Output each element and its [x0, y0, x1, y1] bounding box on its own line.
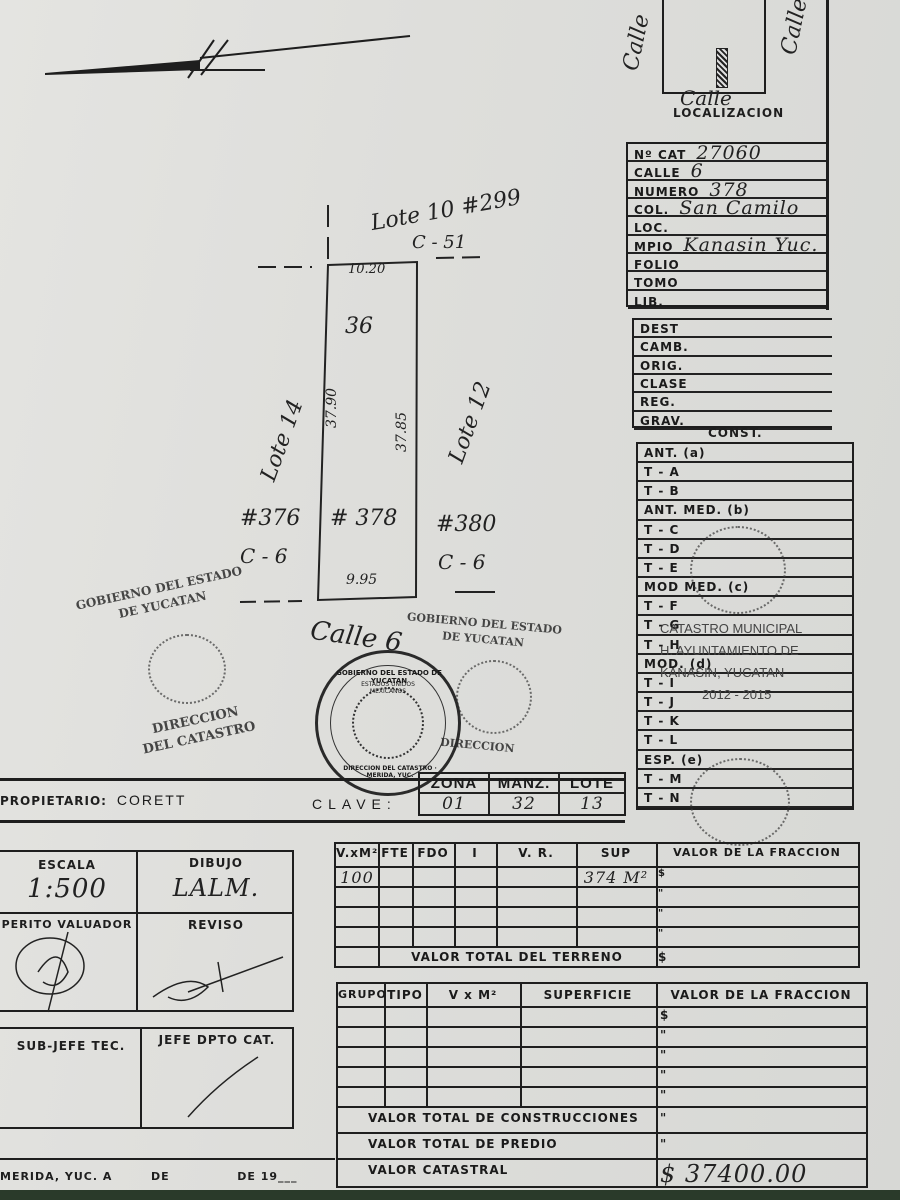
drawn-by-label: DIBUJO — [138, 856, 294, 870]
owner-field: PROPIETARIO: CORETT — [0, 792, 186, 808]
dept-chief-signature-icon — [178, 1053, 268, 1123]
construction-table-cell[interactable]: " — [660, 1028, 676, 1042]
construction-total-label: VALOR CATASTRAL — [368, 1163, 656, 1177]
catalog-row: FOLIO — [628, 254, 826, 272]
catalog-value[interactable]: San Camilo — [679, 197, 799, 219]
catalog-row: CALLE6 — [628, 162, 826, 180]
land-total-label: VALOR TOTAL DEL TERRENO — [378, 950, 656, 964]
construction-label: T - C — [644, 523, 679, 537]
catalog-label: LIB. — [634, 295, 664, 309]
catalog-label: LOC. — [634, 221, 669, 235]
owner-value: CORETT — [117, 792, 187, 808]
catalog-row: LOC. — [628, 217, 826, 235]
catalog-row: MPIOKanasin Yuc. — [628, 236, 826, 254]
drawn-by-value: LALM. — [138, 874, 294, 902]
catalog-row: TOMO — [628, 272, 826, 290]
owner-bottom-rule — [0, 820, 625, 823]
municipal-stamp-line2: H. AYUNTAMIENTO DE — [660, 640, 802, 662]
land-table-cell[interactable]: 374 M² — [576, 868, 656, 887]
construction-label: T - M — [644, 772, 682, 786]
land-table-cell[interactable]: " — [658, 888, 674, 899]
top-right-seal-icon — [690, 526, 786, 614]
west-number: #376 — [240, 506, 300, 531]
construction-row[interactable]: T - K — [638, 712, 852, 731]
bottom-right-seal-icon — [690, 758, 790, 846]
land-table-cell[interactable]: $ — [658, 868, 674, 879]
catalog-label: FOLIO — [634, 258, 680, 272]
front-width: 10.20 — [348, 262, 385, 277]
catalog-label: COL. — [634, 203, 669, 217]
land-value-table: V.xM²FTEFDOIV. R.SUPVALOR DE LA FRACCION… — [334, 842, 860, 968]
left-seal-icon — [148, 634, 226, 704]
classification-box: DESTCAMB.ORIG.CLASEREG.GRAV. — [632, 318, 832, 428]
construction-label: ANT. (a) — [644, 446, 706, 460]
east-street-label: C - 6 — [438, 550, 486, 574]
construction-total-value[interactable]: $ 37400.00 — [660, 1160, 860, 1188]
round-seal-inner-text: ESTADOS UNIDOS MEXICANOS — [348, 681, 428, 695]
catalog-label: TOMO — [634, 276, 679, 290]
classification-row[interactable]: DEST — [634, 320, 832, 338]
construction-value-table: GRUPOTIPOV x M²SUPERFICIEVALOR DE LA FRA… — [336, 982, 868, 1188]
construction-label: ANT. MED. (b) — [644, 503, 750, 517]
center-seal-icon — [456, 660, 532, 734]
construction-label: T - K — [644, 714, 680, 728]
construction-label: T - A — [644, 465, 680, 479]
sub-chief-label: SUB-JEFE TEC. — [4, 1039, 138, 1053]
construction-table-cell[interactable]: " — [660, 1088, 676, 1102]
key-header: LOTE — [560, 774, 624, 794]
east-number: #380 — [436, 512, 496, 537]
right-border — [826, 0, 829, 310]
land-table-cell[interactable]: " — [658, 928, 674, 939]
catalog-value[interactable]: 6 — [691, 160, 704, 182]
construction-row[interactable]: T - L — [638, 731, 852, 750]
catalog-row: COL.San Camilo — [628, 199, 826, 217]
construction-total-label: VALOR TOTAL DE PREDIO — [368, 1137, 656, 1151]
classification-label: CAMB. — [640, 340, 689, 354]
appraiser-signature-icon — [8, 922, 128, 1014]
construction-table-cell[interactable]: " — [660, 1048, 676, 1062]
reviewed-label: REVISO — [138, 918, 294, 932]
scale-value: 1:500 — [0, 874, 136, 904]
key-label: CLAVE: — [312, 796, 397, 812]
land-total-value[interactable]: $ — [658, 950, 674, 964]
construction-label: T - F — [644, 599, 679, 613]
back-width: 9.95 — [346, 572, 377, 588]
background-edge — [0, 1190, 900, 1200]
classification-row[interactable]: REG. — [634, 393, 832, 411]
eagle-emblem-icon — [352, 687, 424, 759]
construction-row[interactable]: T - A — [638, 463, 852, 482]
owner-label: PROPIETARIO: — [0, 794, 107, 808]
construction-total-value[interactable]: " — [660, 1137, 860, 1151]
cadastral-document: Calle Calle Calle LOCALIZACION Nº CAT270… — [0, 0, 900, 1200]
construction-table-header: VALOR DE LA FRACCION — [656, 988, 866, 1002]
construction-row[interactable]: ANT. MED. (b) — [638, 501, 852, 520]
land-table-header: FTE — [378, 846, 412, 860]
north-street-label: C - 51 — [412, 232, 466, 253]
construction-table-cell[interactable]: $ — [660, 1008, 676, 1022]
land-table-cell[interactable]: " — [658, 908, 674, 919]
dept-chief-label: JEFE DPTO CAT. — [142, 1033, 292, 1047]
subject-number: # 378 — [330, 506, 397, 531]
key-value[interactable]: 01 — [420, 794, 490, 814]
municipal-stamp-line3: KANASIN, YUCATAN — [660, 662, 802, 684]
land-table-cell[interactable]: 100 — [336, 868, 378, 887]
construction-row[interactable]: T - B — [638, 482, 852, 501]
key-value[interactable]: 13 — [560, 794, 624, 814]
construction-label: T - E — [644, 561, 679, 575]
land-table-header: V.xM² — [336, 846, 378, 860]
catalog-box: Nº CAT27060CALLE6NUMERO378COL.San Camilo… — [626, 142, 826, 307]
classification-label: CLASE — [640, 377, 688, 391]
right-depth: 37.85 — [394, 412, 410, 452]
west-street-label: C - 6 — [240, 544, 288, 568]
key-header: ZONA — [420, 774, 490, 794]
classification-label: ORIG. — [640, 359, 683, 373]
construction-table-cell[interactable]: " — [660, 1068, 676, 1082]
classification-row[interactable]: ORIG. — [634, 357, 832, 375]
key-value[interactable]: 32 — [490, 794, 560, 814]
construction-table-header: TIPO — [384, 988, 426, 1002]
footer-rule — [0, 1158, 335, 1160]
construction-label: T - D — [644, 542, 680, 556]
location-lot-marker — [716, 48, 728, 88]
construction-table-header: GRUPO — [338, 988, 384, 1001]
location-street-east: Calle — [776, 0, 812, 57]
construction-total-label: VALOR TOTAL DE CONSTRUCCIONES — [368, 1111, 656, 1125]
land-table-header: I — [454, 846, 496, 860]
scale-label: ESCALA — [0, 858, 136, 872]
location-title: LOCALIZACION — [673, 106, 784, 120]
land-table-header: SUP — [576, 846, 656, 860]
key-box: ZONA01MANZ.32LOTE13 — [418, 772, 626, 816]
catalog-row: LIB. — [628, 291, 826, 309]
construction-label: ESP. (e) — [644, 753, 703, 767]
reviewer-signature-icon — [148, 952, 288, 1007]
classification-label: REG. — [640, 395, 676, 409]
municipal-stamp-line1: CATASTRO MUNICIPAL — [660, 618, 802, 640]
catalog-row: Nº CAT27060 — [628, 144, 826, 162]
classification-row[interactable]: CLASE — [634, 375, 832, 393]
location-street-west: Calle — [618, 12, 654, 73]
left-stamp-bottom: DIRECCION DEL CATASTRO — [138, 700, 258, 759]
left-depth: 37.90 — [324, 388, 340, 428]
construction-row[interactable]: ANT. (a) — [638, 444, 852, 463]
construction-title: CONST. — [708, 426, 763, 440]
construction-label: T - B — [644, 484, 680, 498]
catalog-label: MPIO — [634, 240, 673, 254]
municipal-stamp-line4: 2012 - 2015 — [660, 684, 802, 706]
land-table-header: FDO — [412, 846, 454, 860]
catalog-value[interactable]: 27060 — [696, 142, 761, 164]
classification-label: GRAV. — [640, 414, 685, 428]
construction-label: T - N — [644, 791, 681, 805]
catalog-label: CALLE — [634, 166, 681, 180]
land-table-header: VALOR DE LA FRACCION — [656, 846, 858, 859]
municipal-stamp: CATASTRO MUNICIPAL H. AYUNTAMIENTO DE KA… — [660, 618, 802, 706]
key-header: MANZ. — [490, 774, 560, 794]
construction-label: T - L — [644, 733, 678, 747]
classification-label: DEST — [640, 322, 679, 336]
construction-table-header: V x M² — [426, 988, 520, 1002]
catalog-label: Nº CAT — [634, 148, 686, 162]
catalog-value[interactable]: Kanasin Yuc. — [683, 234, 818, 256]
location-map-block — [662, 0, 766, 94]
classification-row[interactable]: CAMB. — [634, 338, 832, 356]
signatures-box: ESCALA 1:500 DIBUJO LALM. PERITO VALUADO… — [0, 850, 294, 1012]
footer-date: MERIDA, YUC. A DE DE 19___ — [0, 1170, 298, 1183]
construction-total-value[interactable]: " — [660, 1111, 860, 1125]
lot-sketch — [0, 0, 620, 620]
approvals-box: SUB-JEFE TEC. JEFE DPTO CAT. — [0, 1027, 294, 1129]
lot-number: 36 — [345, 314, 373, 339]
construction-table-header: SUPERFICIE — [520, 988, 656, 1002]
land-table-header: V. R. — [496, 846, 576, 860]
